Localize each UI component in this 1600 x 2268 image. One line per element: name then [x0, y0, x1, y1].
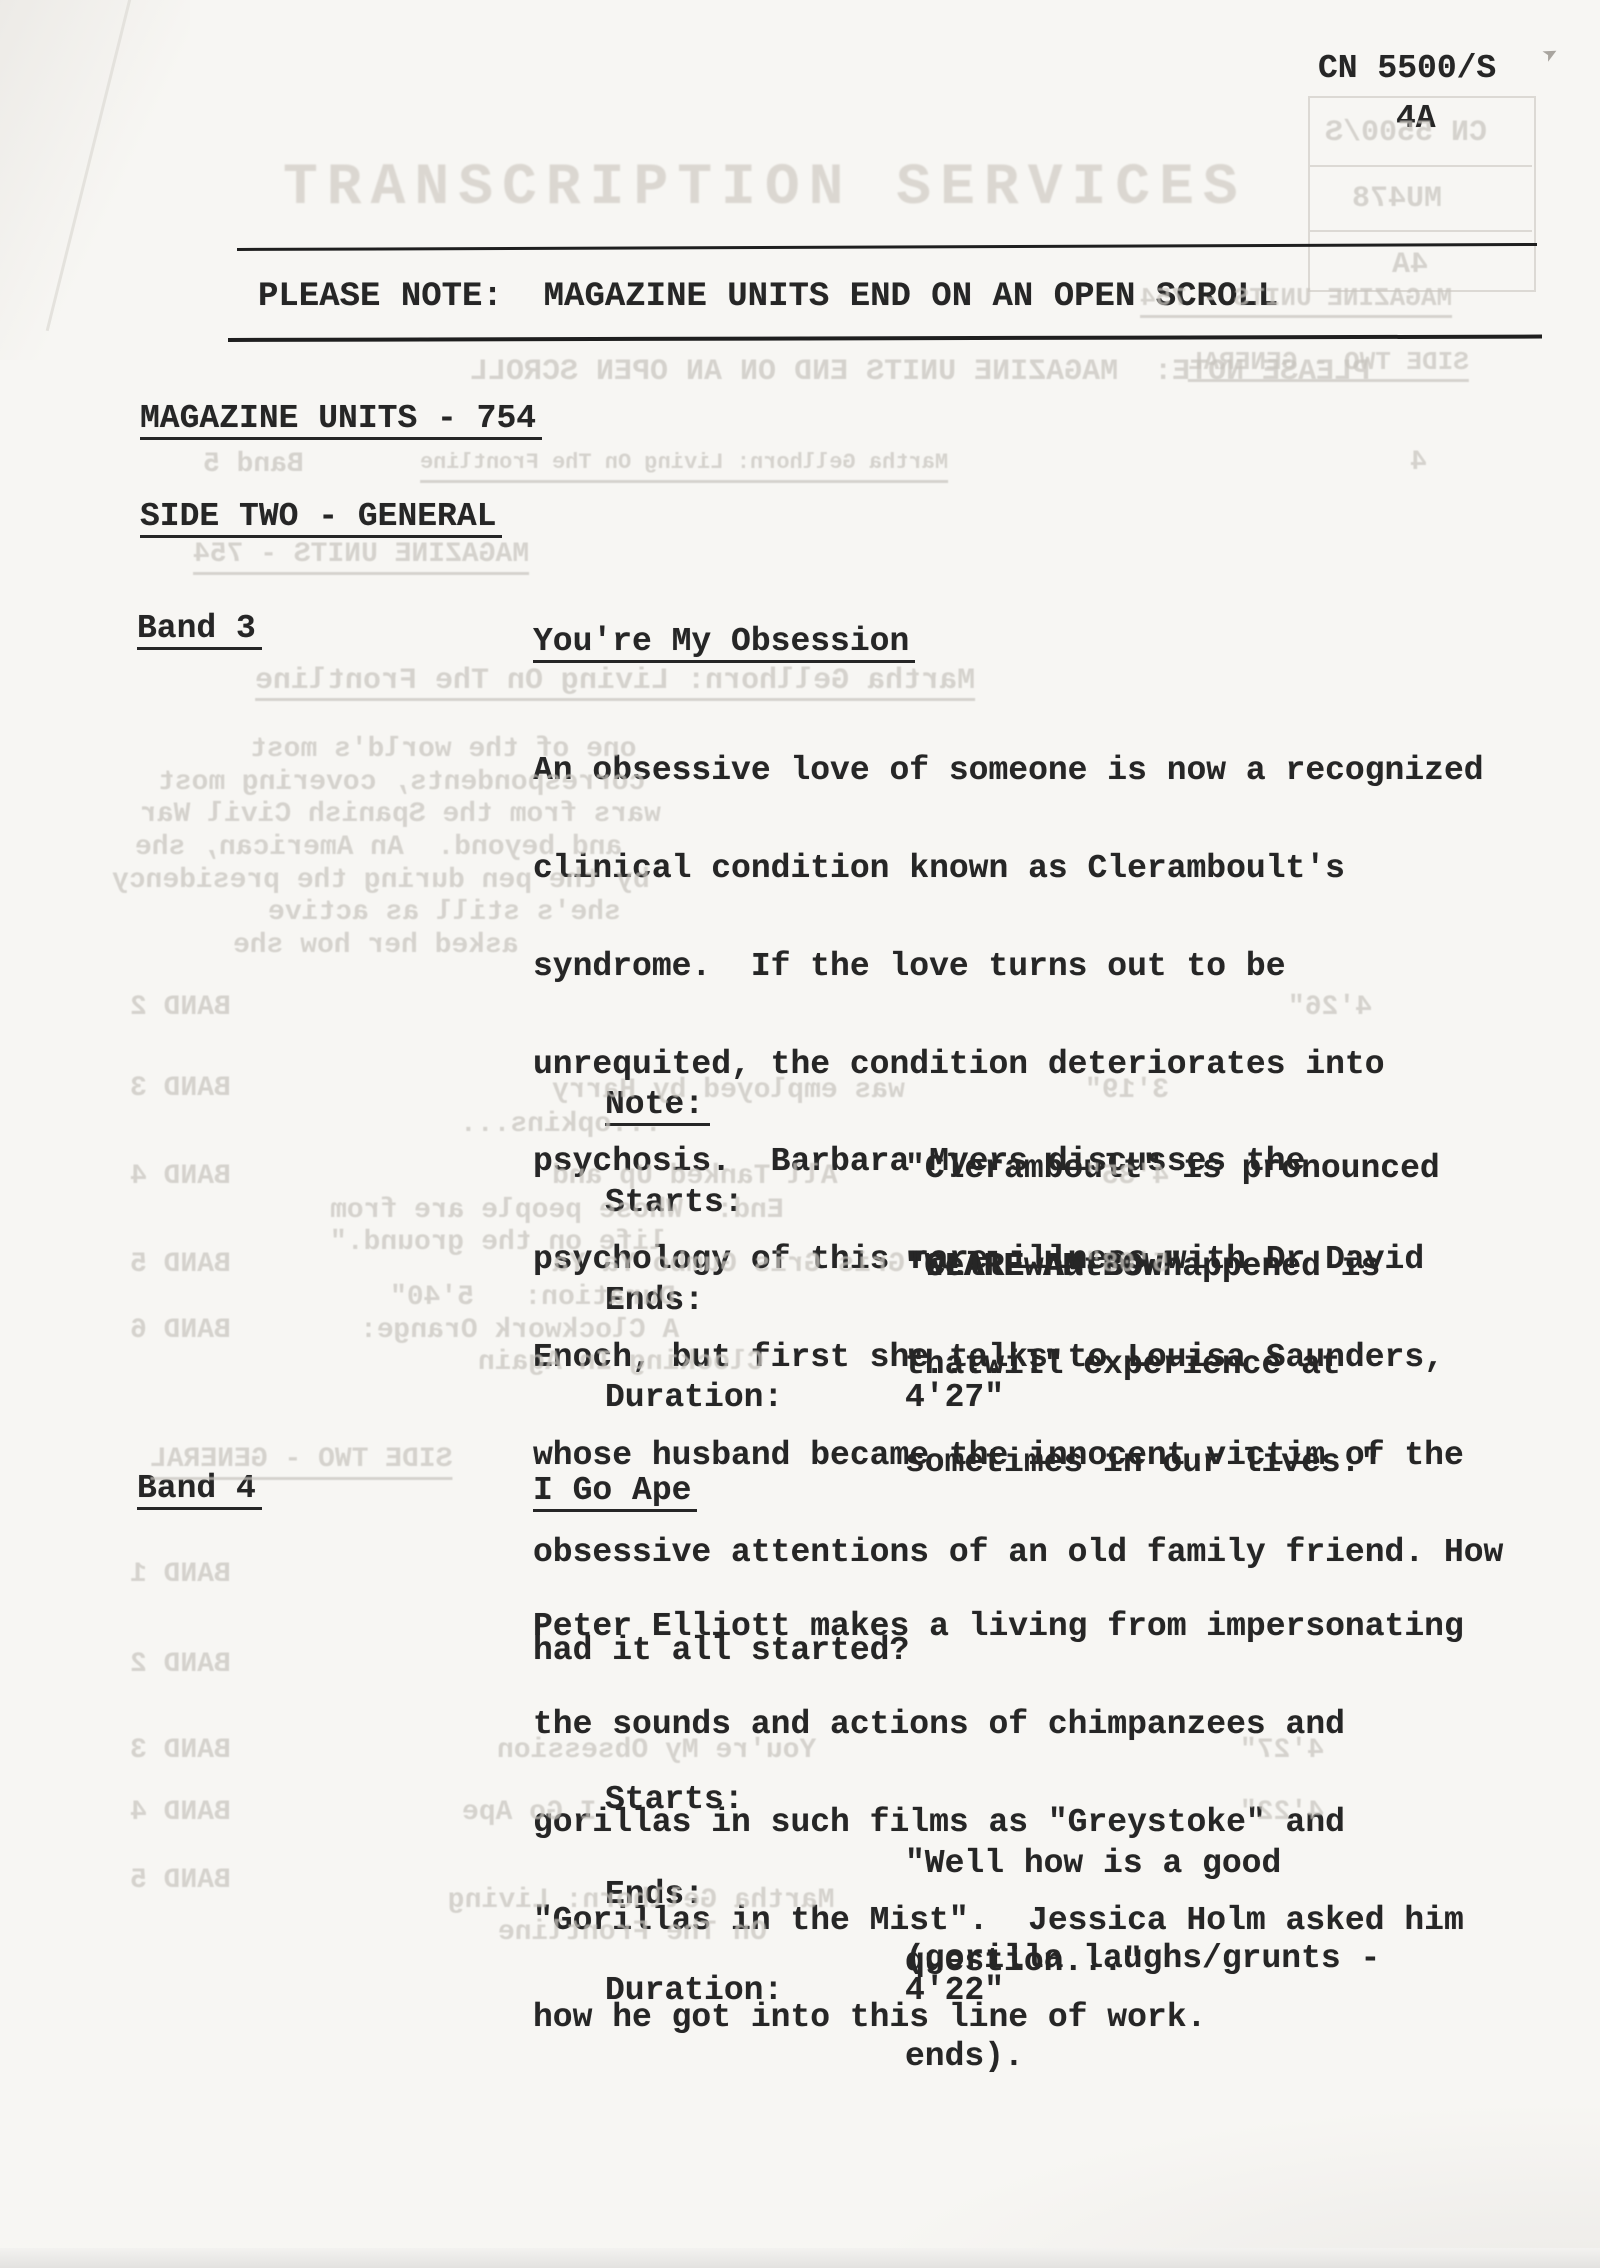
ghost-text: All Tanked Up and — [552, 1162, 838, 1192]
corner-crease-shade — [0, 0, 190, 360]
ghost-text: BAND 3 — [130, 1736, 231, 1766]
ghost-box-divider — [1308, 230, 1532, 232]
duration-value: 4'22" — [905, 1974, 1004, 2007]
ghost-text: BAND 5 — [130, 1250, 231, 1280]
ghost-text: Clocking In Again — [478, 1348, 764, 1378]
ghost-text: and beyond. An American, she — [135, 833, 622, 863]
ghost-text: by the pen during the presidency — [112, 866, 650, 896]
ghost-text: BAND 4 — [130, 1162, 231, 1192]
ghost-text: A Clockwork Orange: — [360, 1316, 679, 1346]
ghost-text: was employed by Harry — [552, 1076, 905, 1106]
ghost-text: BAND 2 — [130, 1650, 231, 1680]
doc-reference: CN 5500/S — [1318, 52, 1496, 85]
ghost-text: correspondents, covering most — [158, 768, 645, 798]
ghost-text: End: Whose people are from — [330, 1196, 784, 1226]
ghost-text: 3'19" — [1085, 1076, 1169, 1106]
ghost-text: BAND 4 — [130, 1798, 231, 1828]
ghost-text: asked her how she — [233, 931, 519, 961]
ghost-text: MU478 — [1352, 184, 1442, 214]
ghost-text: 4 — [1410, 448, 1427, 478]
description-line: Peter Elliott makes a living from impers… — [533, 1611, 1464, 1644]
ghost-text: MAGAZINE UNITS - 754 — [1140, 283, 1452, 318]
page-bottom-edge — [0, 2248, 1600, 2268]
ghost-text: Band 5 — [203, 450, 304, 480]
ghost-text: BAND 5 — [130, 1866, 231, 1896]
band-label: Band 3 — [137, 612, 262, 650]
ends-line: sometimes in our lives." — [905, 1447, 1380, 1480]
duration-value: 4'27" — [905, 1381, 1004, 1414]
ghost-text: Martha Gellhorn: Living On The Frontline — [420, 448, 948, 483]
ghost-text: BAND 2 — [130, 993, 231, 1023]
note-line: "Cleramboult" is pronounced — [905, 1153, 1440, 1186]
ghost-text: 5'08" — [1085, 1250, 1169, 1280]
description-line: An obsessive love of someone is now a re… — [533, 755, 1503, 788]
starts-line: "Well how is a good — [905, 1848, 1281, 1881]
ghost-text: On The Frontline — [498, 1918, 767, 1948]
starts-label: Starts: — [605, 1783, 744, 1816]
ghost-text: she's still as active — [268, 898, 621, 928]
ghost-text: SIDE TWO - GENERAL — [150, 1445, 452, 1480]
ends-line: (gorilla laughs/grunts - — [905, 1943, 1380, 1976]
ghost-text: 4'27" — [1240, 1736, 1324, 1766]
ghost-text: I Go Ape — [462, 1798, 596, 1828]
notice: PLEASE NOTE: MAGAZINE UNITS END ON AN OP… — [258, 281, 1278, 314]
ghost-text: 4'35" — [1085, 1162, 1169, 1192]
scanned-document-page: TRANSCRIPTION SERVICES CN 5500/S 4A ➤ PL… — [0, 0, 1600, 2268]
ghost-text: You're My Obsession — [497, 1736, 816, 1766]
ghost-text: BAND 1 — [130, 1560, 231, 1590]
ends-line: "...will experience at — [905, 1349, 1380, 1382]
side-heading: SIDE TWO - GENERAL — [140, 500, 502, 538]
ghost-text: Duration: 5'40" — [390, 1283, 676, 1313]
ghost-text: 4'22" — [1240, 1798, 1324, 1828]
ghost-text: BAND 3 — [130, 1074, 231, 1104]
series-heading: MAGAZINE UNITS - 754 — [140, 402, 542, 440]
description-line: clinical condition known as Cleramboult'… — [533, 853, 1503, 886]
watermark-title: TRANSCRIPTION SERVICES — [283, 156, 1247, 221]
duration-label: Duration: — [605, 1381, 783, 1414]
ghost-text: 4A — [1392, 250, 1428, 280]
arrow-mark-icon: ➤ — [1538, 38, 1566, 73]
notice-rule-bottom — [228, 335, 1542, 342]
ends-line: ends). — [905, 2041, 1380, 2074]
ghost-text: PLEASE NOTE: MAGAZINE UNITS END ON AN OP… — [470, 357, 1370, 387]
ghost-text: ...opkins... — [460, 1110, 662, 1140]
ghost-text: Martha Gellhorn: Living On The Frontline — [255, 666, 975, 701]
ghost-text: CN 5500/S — [1325, 118, 1487, 148]
ghost-text: BAND 6 — [130, 1316, 231, 1346]
ghost-text: Martha Gellhorn: Living — [448, 1886, 834, 1916]
ghost-box-divider — [1308, 165, 1532, 167]
band-title: You're My Obsession — [533, 625, 915, 663]
ghost-text: one of the world's most — [250, 735, 636, 765]
ghost-text: 4'26" — [1288, 993, 1372, 1023]
ghost-text: MAGAZINE UNITS - 754 — [193, 540, 529, 575]
ghost-text: Gris Gris Gumbo Ya Ya — [552, 1250, 905, 1280]
duration-label: Duration: — [605, 1974, 783, 2007]
description-line: syndrome. If the love turns out to be — [533, 951, 1503, 984]
ghost-text: wars from the Spanish Civil War — [140, 800, 661, 830]
band-title: I Go Ape — [533, 1474, 697, 1512]
